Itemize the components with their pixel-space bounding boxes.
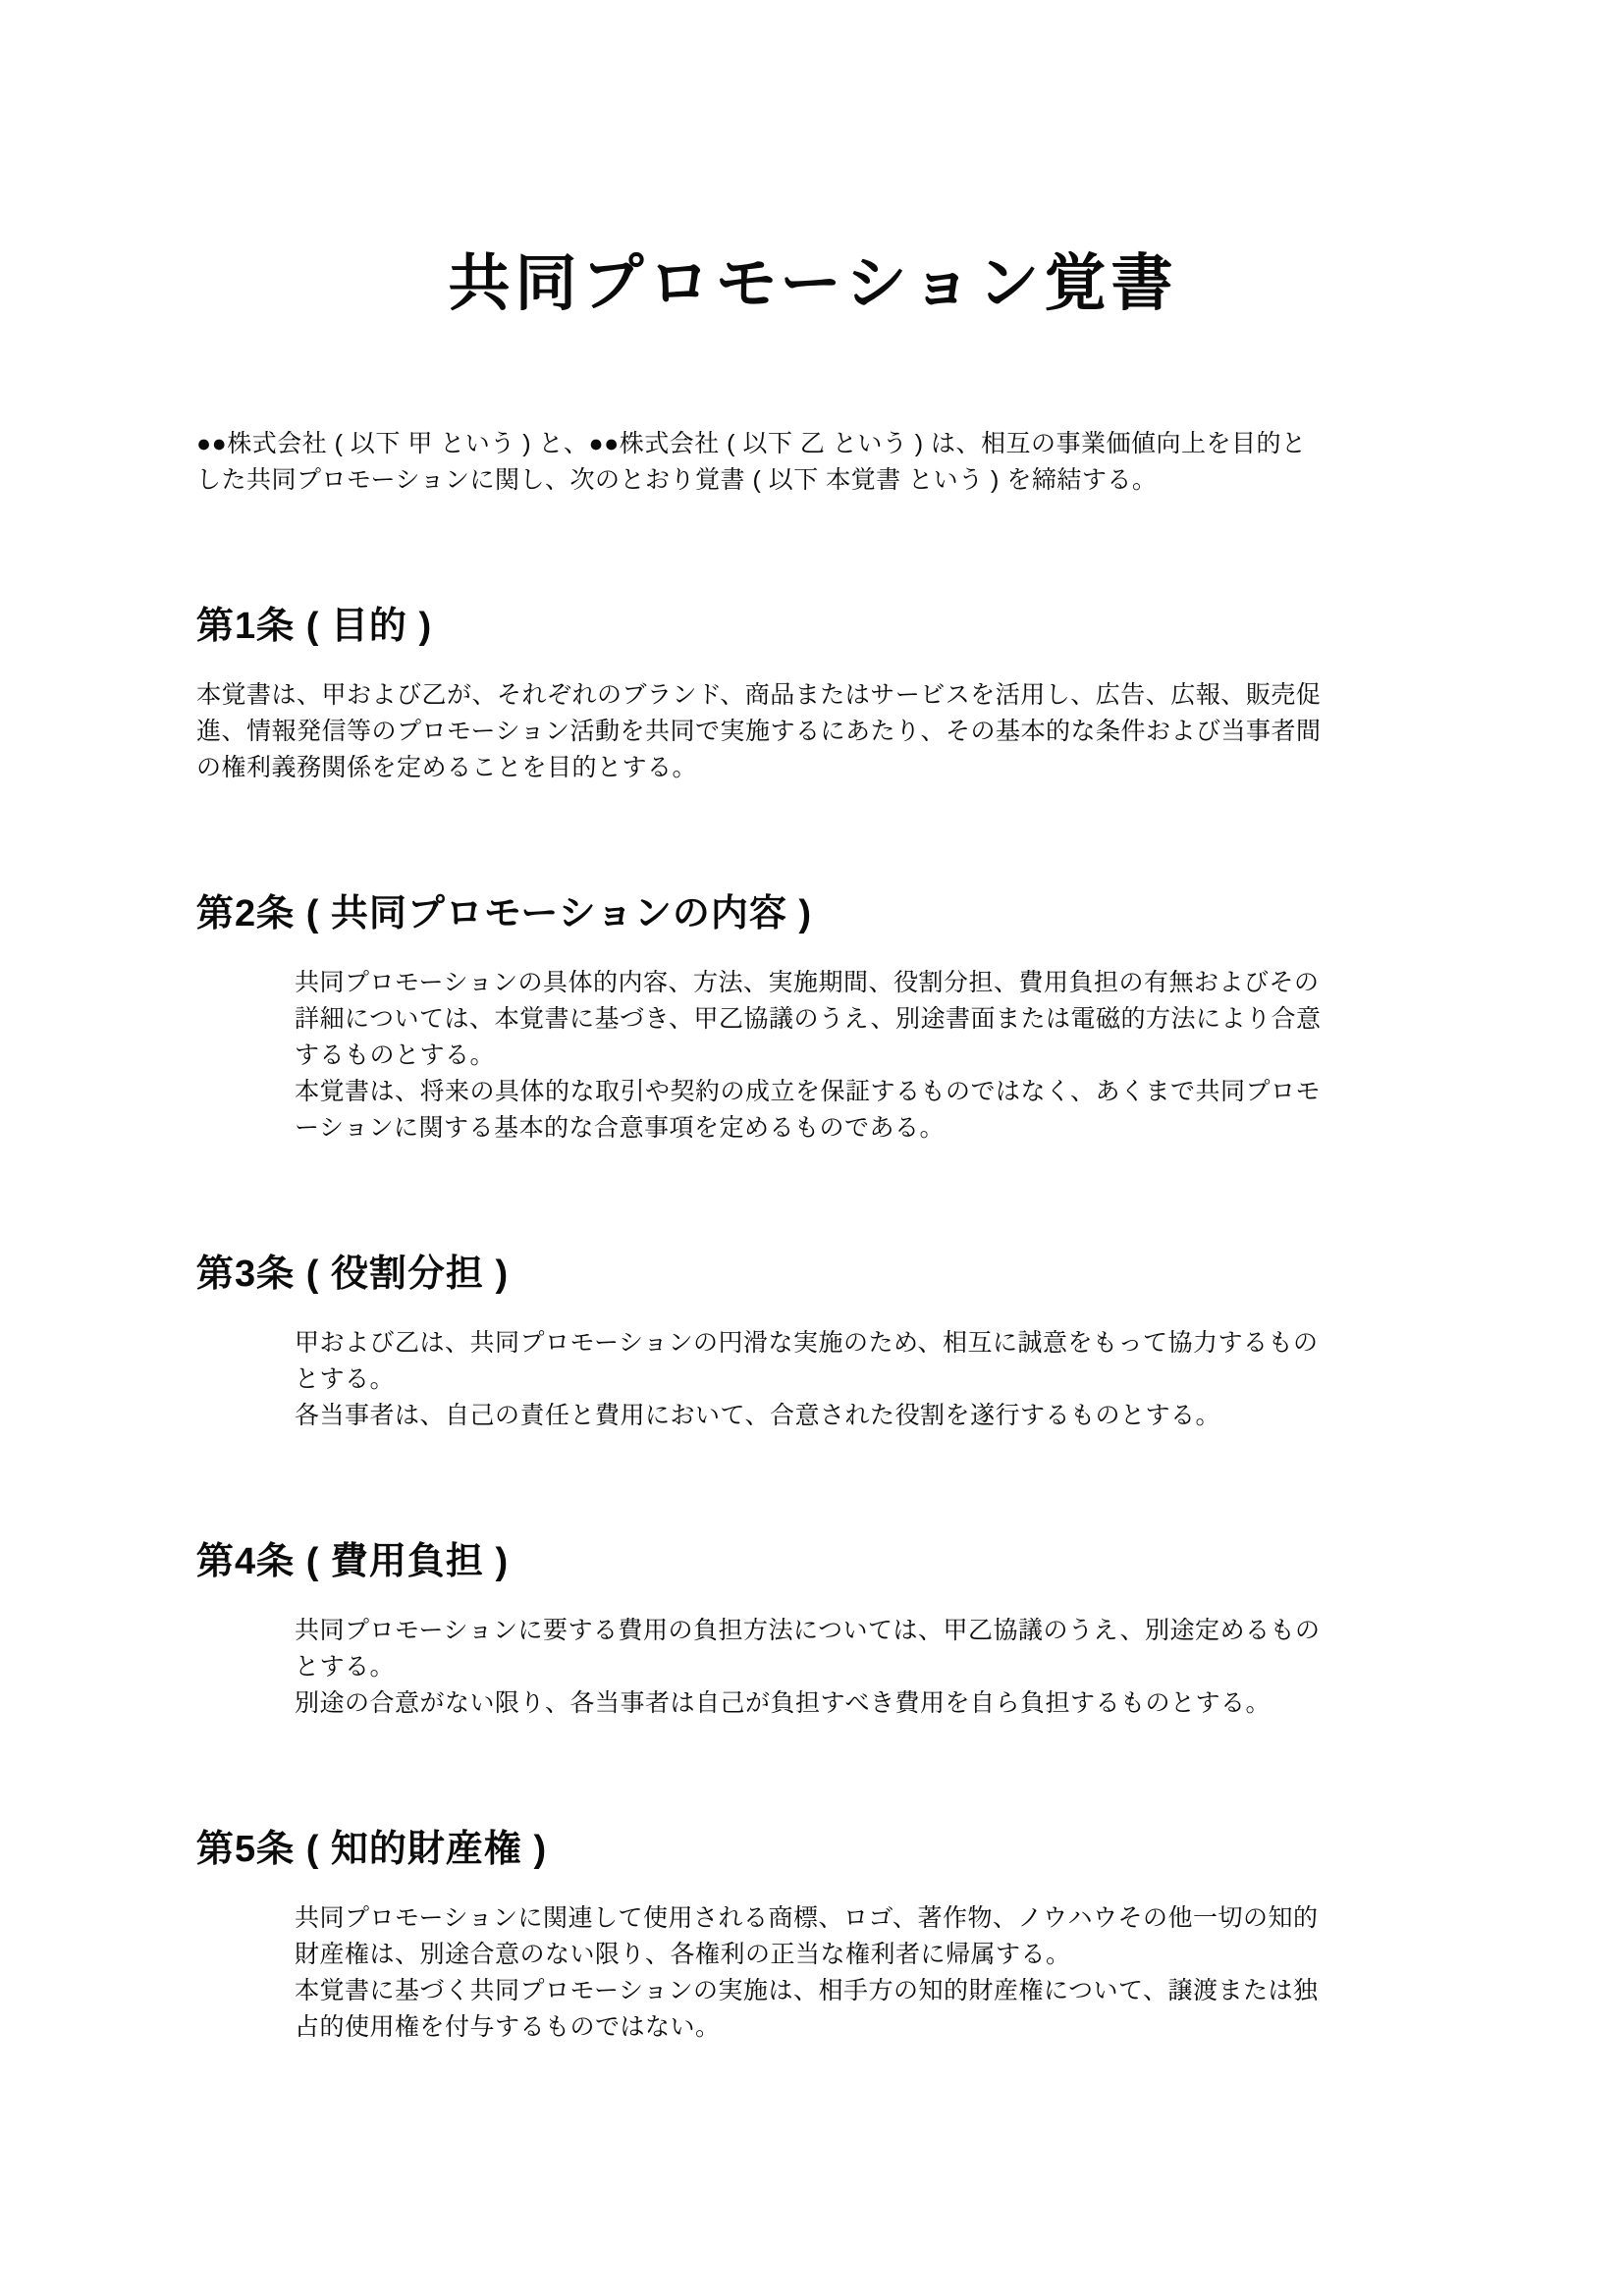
article-1-heading: 第1条 ( 目的 ) (196, 603, 1430, 650)
page-title: 共同プロモーション覚書 (196, 247, 1430, 320)
article-2-heading: 第2条 ( 共同プロモーションの内容 ) (196, 890, 1430, 937)
article-3-body: 甲および乙は、共同プロモーションの円滑な実施のため、相互に誠意をもって協力するも… (196, 1325, 1430, 1434)
article-4-heading: 第4条 ( 費用負担 ) (196, 1538, 1430, 1585)
article-paragraph: 甲および乙は、共同プロモーションの円滑な実施のため、相互に誠意をもって協力するも… (295, 1325, 1430, 1398)
article-5-heading: 第5条 ( 知的財産権 ) (196, 1826, 1430, 1873)
article-paragraph: 各当事者は、自己の責任と費用において、合意された役割を遂行するものとする。 (295, 1398, 1430, 1434)
article-paragraph: 本覚書は、将来の具体的な取引や契約の成立を保証するものではなく、あくまで共同プロ… (295, 1074, 1430, 1147)
article-paragraph: 本覚書に基づく共同プロモーションの実施は、相手方の知的財産権について、譲渡または… (295, 1973, 1430, 2046)
article-paragraph: 共同プロモーションに関連して使用される商標、ロゴ、著作物、ノウハウその他一切の知… (295, 1900, 1430, 1973)
article-4: 第4条 ( 費用負担 ) 共同プロモーションに要する費用の負担方法については、甲… (196, 1538, 1430, 1722)
document-page: 共同プロモーション覚書 ●●株式会社 ( 以下 甲 という ) と、●●株式会社… (0, 0, 1624, 2296)
article-3: 第3条 ( 役割分担 ) 甲および乙は、共同プロモーションの円滑な実施のため、相… (196, 1251, 1430, 1434)
article-paragraph: 共同プロモーションに要する費用の負担方法については、甲乙協議のうえ、別途定めるも… (295, 1613, 1430, 1685)
article-1-body: 本覚書は、甲および乙が、それぞれのブランド、商品またはサービスを活用し、広告、広… (196, 677, 1430, 786)
article-paragraph: 本覚書は、甲および乙が、それぞれのブランド、商品またはサービスを活用し、広告、広… (196, 677, 1430, 786)
article-5-body: 共同プロモーションに関連して使用される商標、ロゴ、著作物、ノウハウその他一切の知… (196, 1900, 1430, 2046)
article-1: 第1条 ( 目的 ) 本覚書は、甲および乙が、それぞれのブランド、商品またはサー… (196, 603, 1430, 786)
article-5: 第5条 ( 知的財産権 ) 共同プロモーションに関連して使用される商標、ロゴ、著… (196, 1826, 1430, 2046)
intro-paragraph: ●●株式会社 ( 以下 甲 という ) と、●●株式会社 ( 以下 乙 という … (196, 426, 1430, 499)
article-2: 第2条 ( 共同プロモーションの内容 ) 共同プロモーションの具体的内容、方法、… (196, 890, 1430, 1147)
article-paragraph: 別途の合意がない限り、各当事者は自己が負担すべき費用を自ら負担するものとする。 (295, 1685, 1430, 1722)
article-2-body: 共同プロモーションの具体的内容、方法、実施期間、役割分担、費用負担の有無およびそ… (196, 965, 1430, 1147)
article-4-body: 共同プロモーションに要する費用の負担方法については、甲乙協議のうえ、別途定めるも… (196, 1613, 1430, 1722)
article-paragraph: 共同プロモーションの具体的内容、方法、実施期間、役割分担、費用負担の有無およびそ… (295, 965, 1430, 1074)
article-3-heading: 第3条 ( 役割分担 ) (196, 1251, 1430, 1298)
